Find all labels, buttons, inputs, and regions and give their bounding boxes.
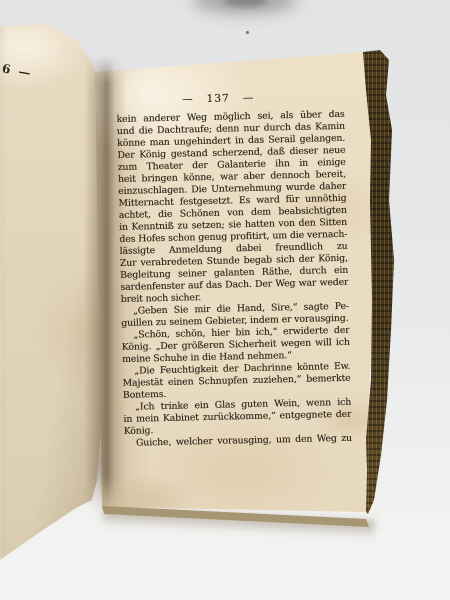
page-gutter	[84, 56, 126, 512]
book-photo: 6 — rüber läßt, der Favoritäulein Houdan…	[0, 0, 450, 600]
paragraph: kein anderer Weg möglich sei, als über d…	[116, 109, 348, 306]
left-page-number: 6 —	[1, 61, 33, 80]
header-dash: —	[182, 93, 194, 105]
paragraph: „Ich trinke ein Glas guten Wein, wenn ic…	[123, 397, 352, 438]
header-dash: —	[242, 91, 254, 103]
right-page-paragraphs: kein anderer Weg möglich sei, als über d…	[116, 109, 352, 450]
paragraph: „Schön, schön, hier bin ich,“ erwiderte …	[121, 325, 350, 366]
right-page-content: — 137 — kein anderer Weg möglich sei, al…	[116, 89, 344, 114]
paragraph: „Die Feuchtigkeit der Dachrinne könnte E…	[122, 361, 351, 402]
background-speck	[246, 31, 249, 34]
right-page-number: 137	[206, 92, 229, 105]
